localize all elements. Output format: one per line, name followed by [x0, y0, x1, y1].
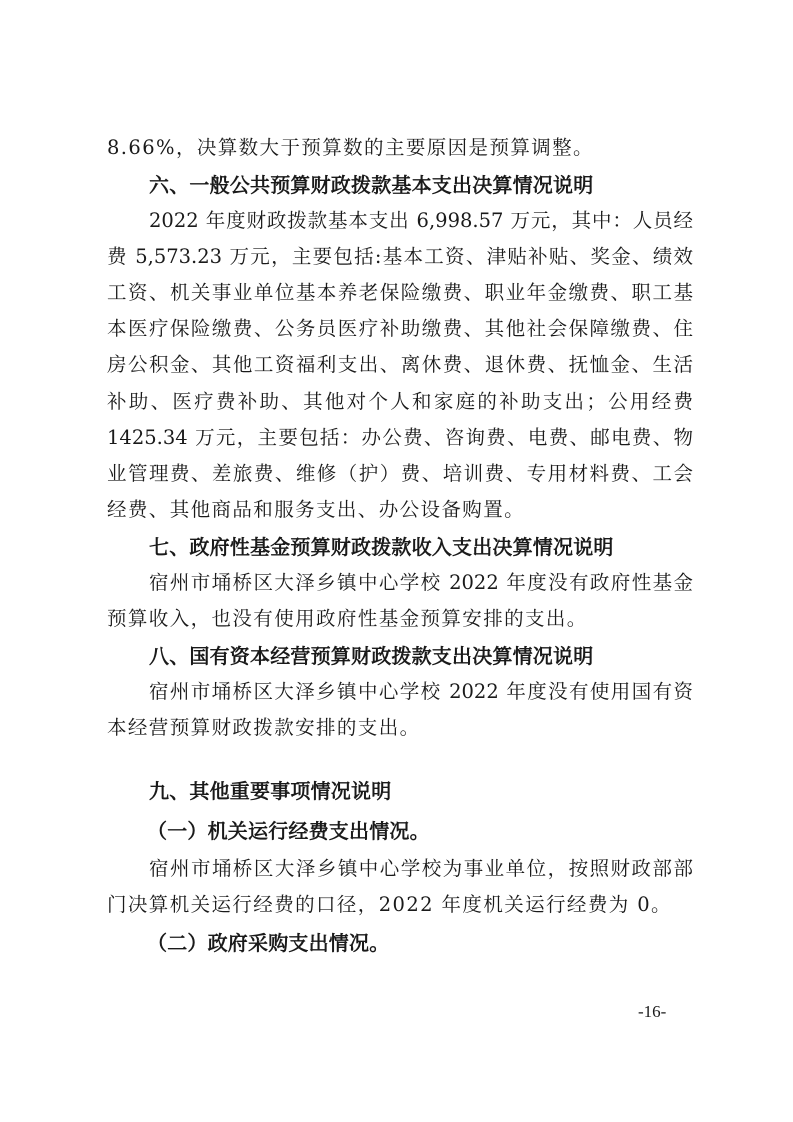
- page-number: -16-: [638, 1002, 666, 1022]
- subsection-heading-1: （一）机关运行经费支出情况。: [147, 819, 430, 843]
- paragraph-line: 宿州市埇桥区大泽乡镇中心学校 2022 年度没有政府性基金: [149, 571, 693, 595]
- paragraph-line: 工资、机关事业单位基本养老保险缴费、职业年金缴费、职工基: [107, 281, 693, 305]
- paragraph-line: 本医疗保险缴费、公务员医疗补助缴费、其他社会保障缴费、住: [107, 317, 693, 341]
- paragraph-line: 费 5,573.23 万元，主要包括:基本工资、津贴补贴、奖金、绩效: [107, 245, 693, 269]
- section-heading-7: 七、政府性基金预算财政拨款收入支出决算情况说明: [149, 535, 614, 559]
- section-heading-9: 九、其他重要事项情况说明: [149, 779, 391, 803]
- paragraph-line: 预算收入，也没有使用政府性基金预算安排的支出。: [107, 607, 588, 631]
- paragraph-line: 本经营预算财政拨款安排的支出。: [107, 716, 421, 740]
- paragraph-line: 宿州市埇桥区大泽乡镇中心学校为事业单位，按照财政部部: [149, 857, 693, 881]
- paragraph-line: 宿州市埇桥区大泽乡镇中心学校 2022 年度没有使用国有资: [149, 680, 693, 704]
- section-heading-6: 六、一般公共预算财政拨款基本支出决算情况说明: [149, 173, 593, 197]
- subsection-heading-2: （二）政府采购支出情况。: [147, 931, 389, 955]
- paragraph-line: 1425.34 万元，主要包括：办公费、咨询费、电费、邮电费、物: [107, 426, 693, 450]
- paragraph-line: 门决算机关运行经费的口径，2022 年度机关运行经费为 0。: [107, 893, 672, 917]
- paragraph-line: 房公积金、其他工资福利支出、离休费、退休费、抚恤金、生活: [107, 353, 693, 377]
- paragraph-line: 经费、其他商品和服务支出、办公设备购置。: [107, 498, 525, 522]
- paragraph-line: 8.66%，决算数大于预算数的主要原因是预算调整。: [107, 136, 594, 160]
- paragraph-line: 补助、医疗费补助、其他对个人和家庭的补助支出；公用经费: [107, 390, 693, 414]
- paragraph-line: 2022 年度财政拨款基本支出 6,998.57 万元，其中：人员经: [149, 209, 693, 233]
- section-heading-8: 八、国有资本经营预算财政拨款支出决算情况说明: [149, 644, 593, 668]
- paragraph-line: 业管理费、差旅费、维修（护）费、培训费、专用材料费、工会: [107, 462, 693, 486]
